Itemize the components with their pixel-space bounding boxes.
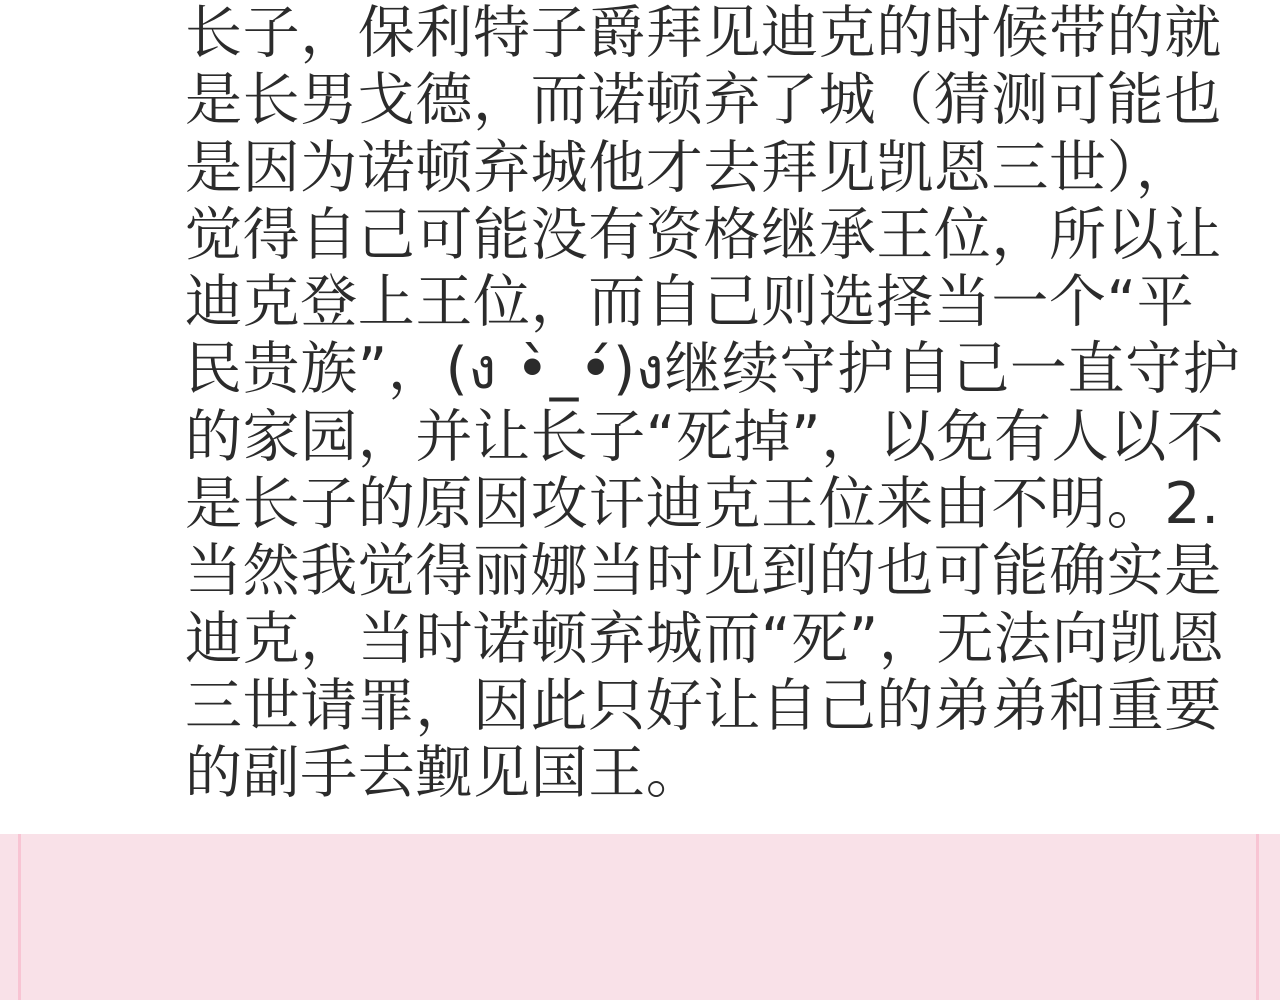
- comment-body: 长子，保利特子爵拜见迪克的时候带的就 是长男戈德，而诺顿弃了城（猜测可能也 是因…: [185, 0, 1245, 808]
- comment-line: 的副手去觐见国王。: [185, 740, 1245, 807]
- panel-border-left: [18, 834, 21, 1000]
- panel-border-right: [1256, 834, 1259, 1000]
- comment-line: 三世请罪，因此只好让自己的弟弟和重要: [185, 673, 1245, 740]
- comment-line: 迪克，当时诺顿弃城而“死”，无法向凯恩: [185, 606, 1245, 673]
- comment-line: 是因为诺顿弃城他才去拜见凯恩三世），: [185, 135, 1245, 202]
- comment-line: 民贵族”，(ง •̀_•́)ง继续守护自己一直守护: [185, 336, 1245, 403]
- comment-line: 长子，保利特子爵拜见迪克的时候带的就: [185, 0, 1245, 67]
- next-comment-panel: [0, 834, 1280, 1000]
- comment-line: 的家园，并让长子“死掉”，以免有人以不: [185, 404, 1245, 471]
- comment-line: 是长子的原因攻讦迪克王位来由不明。2.: [185, 471, 1245, 538]
- comment-line: 当然我觉得丽娜当时见到的也可能确实是: [185, 538, 1245, 605]
- comment-line: 迪克登上王位，而自己则选择当一个“平: [185, 269, 1245, 336]
- comment-line: 觉得自己可能没有资格继承王位，所以让: [185, 202, 1245, 269]
- comment-line: 是长男戈德，而诺顿弃了城（猜测可能也: [185, 67, 1245, 134]
